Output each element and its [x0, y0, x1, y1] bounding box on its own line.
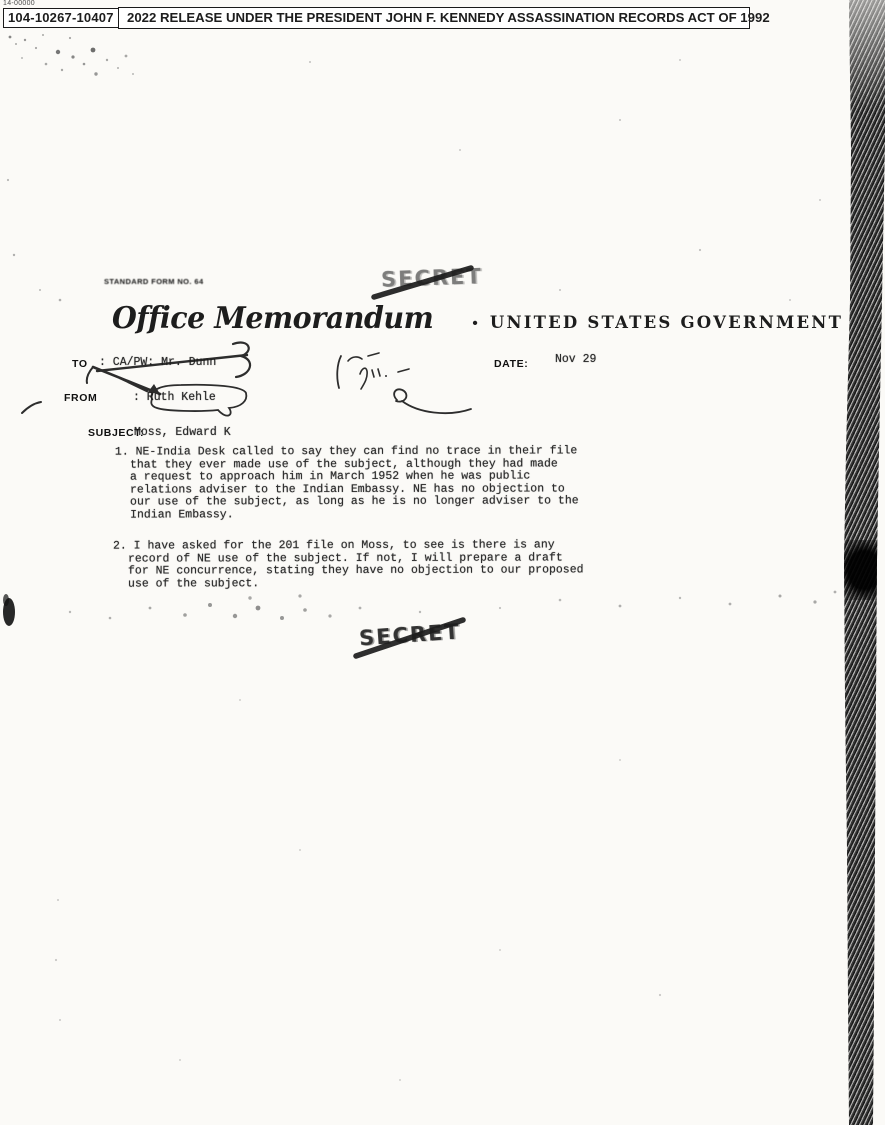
scan-noise: [0, 0, 885, 1125]
scanned-memo-page: 14-00000 104-10267-10407 2022 RELEASE UN…: [0, 0, 885, 1125]
